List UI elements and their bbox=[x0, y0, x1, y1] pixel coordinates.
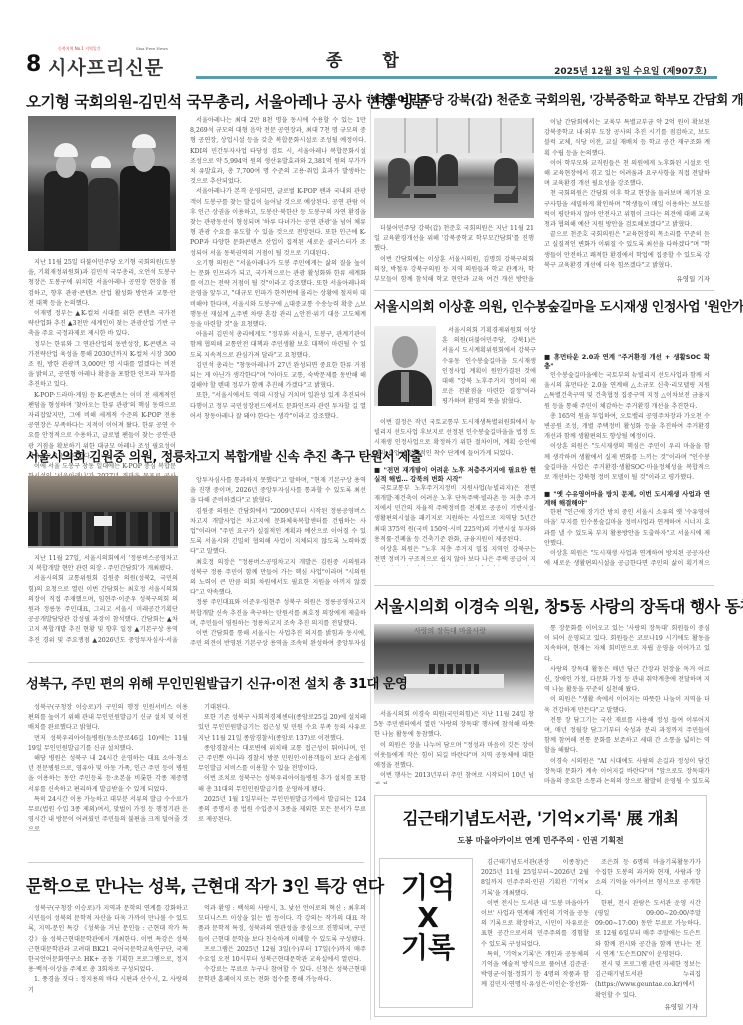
photo-lee-sanghoon bbox=[374, 326, 436, 406]
section-title: 종합 bbox=[326, 46, 506, 71]
header-rule bbox=[196, 76, 717, 79]
photo-school-meeting bbox=[374, 118, 534, 218]
article-col-1: 서울시의회 이경숙 의원(국민의힘)은 지난 11월 24일 창5동 주민센터에… bbox=[374, 710, 534, 784]
article-col-1: 지난 11월 27일, 서울시의회에서 '정릉버스공영차고지 복합개발 현안 관… bbox=[28, 554, 178, 646]
article-col-1-wrap: 서울시의회 기획경제위원회 이상훈 의원(더불어민주당, 강북1)은 서울시 도… bbox=[442, 326, 536, 418]
article-col-1: 성북구(구청장 이승로)가 지역과 문학의 연계를 강화하고 시민들이 성북의 … bbox=[28, 904, 188, 994]
logo-english: Sisa Free News bbox=[136, 46, 168, 51]
subheading: ■ "전면 재개발이 어려운 노후 저층주거지에 필요한 현실적 해법… 강북의… bbox=[374, 465, 536, 483]
byline: 유영일 기자 bbox=[665, 1002, 698, 1011]
article-jeongneung-garage[interactable]: 서울시의회 김원중 의원, 정릉차고지 복합개발 신속 추진 촉구 탄원서 제출… bbox=[26, 446, 366, 646]
article-jangdokdae[interactable]: 서울시의회 이경숙 의원, 창5동 사랑의 장독대 행사 동참 사랑의 장독대 … bbox=[374, 594, 717, 784]
article-col-2: 통 장문화를 이어오고 있는 '사랑의 장독대' 회원들이 중심이 되어 운영되… bbox=[544, 624, 710, 784]
headline[interactable]: 서울시의회 이경숙 의원, 창5동 사랑의 장독대 행사 동참 bbox=[374, 594, 717, 617]
headline[interactable]: 성북구, 주민 편의 위해 무인민원발급기 신규·이전 설치 총 31대 운영 bbox=[26, 673, 366, 692]
section-divider bbox=[374, 290, 714, 291]
section-divider bbox=[374, 585, 714, 586]
byline: 유영일 기자 bbox=[677, 274, 710, 283]
article-col-2: 조은희 등 6명의 마을기록활동가가 수집한 도봉의 과거와 현재, 사람과 장… bbox=[595, 858, 701, 998]
headline[interactable]: 오기형 국회의원-김민석 국무총리, 서울아레나 공사 현장 방문 bbox=[26, 90, 366, 112]
headline[interactable]: 문학으로 만나는 성북, 근현대 작가 3인 특강 연다 bbox=[26, 872, 366, 897]
headline[interactable]: 김근태기념도서관, '기억×기록' 展 개최 bbox=[375, 805, 706, 829]
article-col-1: 더불어민주당 강북(갑) 천준호 국회의원은 지난 11월 21일 교육환경개선… bbox=[374, 224, 534, 284]
masthead: 8 동북지역 No.1 지역일간 Sisa Free News 시사프리신문 종… bbox=[26, 44, 717, 84]
photo-petition-meeting bbox=[28, 476, 178, 548]
page-number: 8 bbox=[26, 52, 41, 77]
article-col-1: 이번 결정은 작년 국토교통부 도시재생특별위원회에서 뉴빌리지 선도사업 후보… bbox=[374, 418, 536, 566]
subheadline: 도봉 마을아카이브 연계 민주주의 · 인권 기획전 bbox=[375, 835, 706, 846]
article-gangbuk-school[interactable]: 더불어민주당 강북(갑) 천준호 국회의원, '강북중학교 학부모 간담회 개최… bbox=[374, 90, 717, 285]
article-literature-lecture[interactable]: 문학으로 만나는 성북, 근현대 작가 3인 특강 연다 성북구(구청장 이승로… bbox=[26, 872, 366, 1022]
logo-tagline: 동북지역 No.1 지역일간 bbox=[58, 46, 101, 52]
article-kiosk[interactable]: 성북구, 주민 편의 위해 무인민원발급기 신규·이전 설치 총 31대 운영 … bbox=[26, 673, 366, 853]
article-col-2: 기대된다. 또한 기존 성북구 사회적경제센터(종암로25길 20)에 설치돼 … bbox=[198, 703, 366, 843]
section-divider bbox=[28, 662, 364, 663]
article-col-1: 성북구(구청장 이승로)가 구민의 행정 민원서비스 이용 편의를 높이기 위해… bbox=[28, 703, 188, 843]
article-col-2: ■ 휴먼타운 2.0과 연계 "주거환경 개선 + 생활SOC 확충" 인수봉숲… bbox=[544, 330, 710, 566]
subheading: ■ "옛 수유영어마을 방치 문제, 이번 도시재생 사업과 연계해 해결해야" bbox=[544, 489, 710, 507]
section-divider bbox=[28, 862, 364, 863]
photo-banner: 사랑의 장독대 마을사랑 bbox=[414, 626, 486, 636]
article-col-1: 김근태기념도서관(관장 이종창)은 2025년 11월 25일부터~2026년 … bbox=[481, 858, 589, 1010]
newspaper-logo[interactable]: 시사프리신문 bbox=[48, 53, 164, 80]
section-divider bbox=[26, 440, 366, 441]
photo-seoul-arena-visit bbox=[28, 116, 176, 251]
headline[interactable]: 서울시의회 이상훈 의원, 인수봉숲길마을 도시재생 인정사업 '원안가결' bbox=[374, 296, 717, 315]
subheading: ■ 휴먼타운 2.0과 연계 "주거환경 개선 + 생활SOC 확충" bbox=[544, 352, 710, 370]
article-col-2: 이날 간담회에서는 교육부 특별교부금 약 2억 원이 확보된 강북중학교 내·… bbox=[544, 118, 710, 270]
headline[interactable]: 더불어민주당 강북(갑) 천준호 국회의원, '강북중학교 학부모 간담회 개최… bbox=[374, 90, 717, 108]
article-col-2: 억과 환영 : 백석의 사랑시, 3. 낯선 언어로의 혁신 : 최후의 모더니… bbox=[198, 904, 366, 994]
article-col-2: 앙투자심사를 통과하지 못했다"고 말하며, "현재 기본구상 용역을 진행 중… bbox=[190, 476, 366, 646]
poster-memory-record: 기억 X 기록 bbox=[379, 858, 473, 1008]
poster-text: 기억 X 기록 bbox=[396, 873, 460, 963]
headline[interactable]: 서울시의회 김원중 의원, 정릉차고지 복합개발 신속 추진 촉구 탄원서 제출 bbox=[26, 446, 366, 465]
photo-jangdokdae-event: 사랑의 장독대 마을사랑 bbox=[374, 624, 534, 704]
article-kimgeuntae-library[interactable]: 김근태기념도서관, '기억×기록' 展 개최 도봉 마을아카이브 연계 민주주의… bbox=[374, 795, 707, 1017]
article-insubong-village[interactable]: 서울시의회 이상훈 의원, 인수봉숲길마을 도시재생 인정사업 '원안가결' 서… bbox=[374, 296, 717, 566]
